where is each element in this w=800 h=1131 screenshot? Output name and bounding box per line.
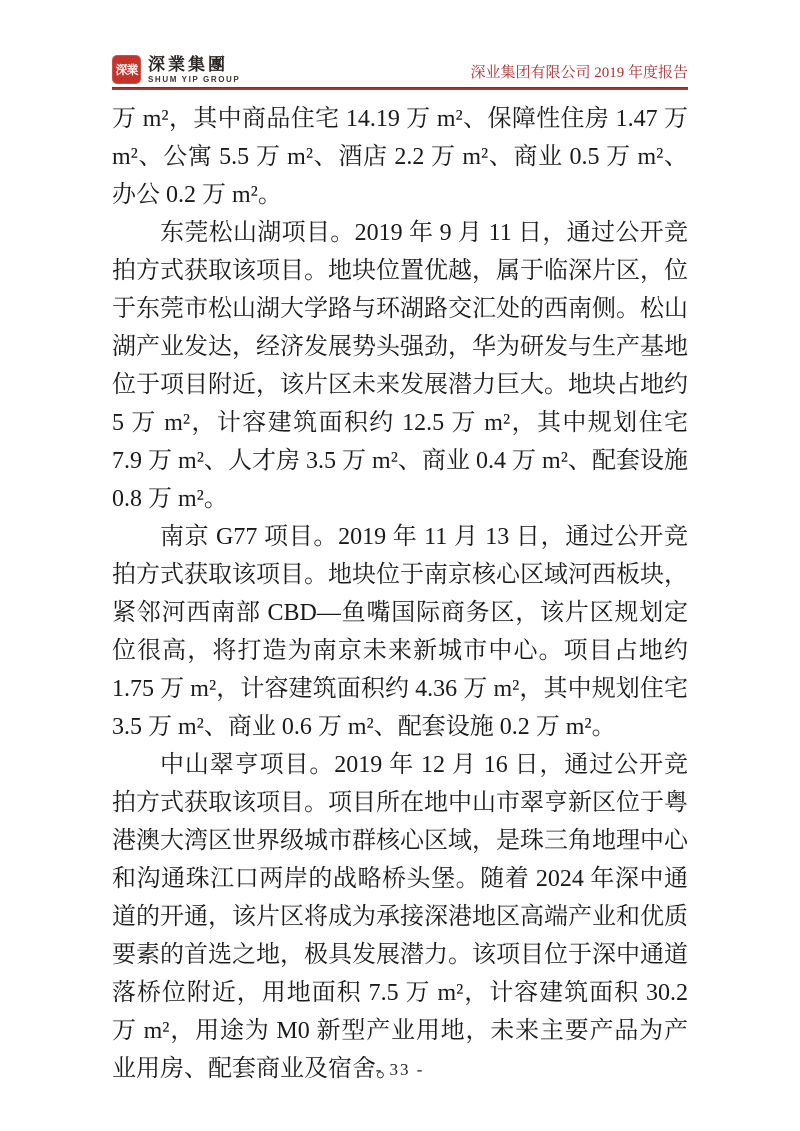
paragraph: 中山翠亨项目。2019 年 12 月 16 日，通过公开竞拍方式获取该项目。项目… <box>112 746 688 1088</box>
logo-text: 深業集團 SHUM YIP GROUP <box>148 56 240 84</box>
header-rule <box>112 87 688 90</box>
report-page: 深業 深業集團 SHUM YIP GROUP 深业集团有限公司 2019 年度报… <box>0 0 800 1131</box>
company-logo: 深業 深業集團 SHUM YIP GROUP <box>112 55 240 84</box>
paragraph: 东莞松山湖项目。2019 年 9 月 11 日，通过公开竞拍方式获取该项目。地块… <box>112 214 688 518</box>
paragraph: 万 m²，其中商品住宅 14.19 万 m²、保障性住房 1.47 万 m²、公… <box>112 100 688 214</box>
page-footer: - 33 - <box>0 1060 800 1080</box>
logo-seal-icon: 深業 <box>112 55 141 84</box>
report-title: 深业集团有限公司 2019 年度报告 <box>470 66 688 84</box>
paragraph: 南京 G77 项目。2019 年 11 月 13 日，通过公开竞拍方式获取该项目… <box>112 518 688 746</box>
page-header: 深業 深業集團 SHUM YIP GROUP 深业集团有限公司 2019 年度报… <box>112 38 688 84</box>
logo-wordmark: 深業集團 <box>148 56 240 73</box>
document-body: 万 m²，其中商品住宅 14.19 万 m²、保障性住房 1.47 万 m²、公… <box>112 100 688 1088</box>
page-number: - 33 - <box>376 1060 425 1079</box>
logo-seal-text: 深業 <box>115 61 137 78</box>
logo-wordmark-latin: SHUM YIP GROUP <box>148 76 240 84</box>
